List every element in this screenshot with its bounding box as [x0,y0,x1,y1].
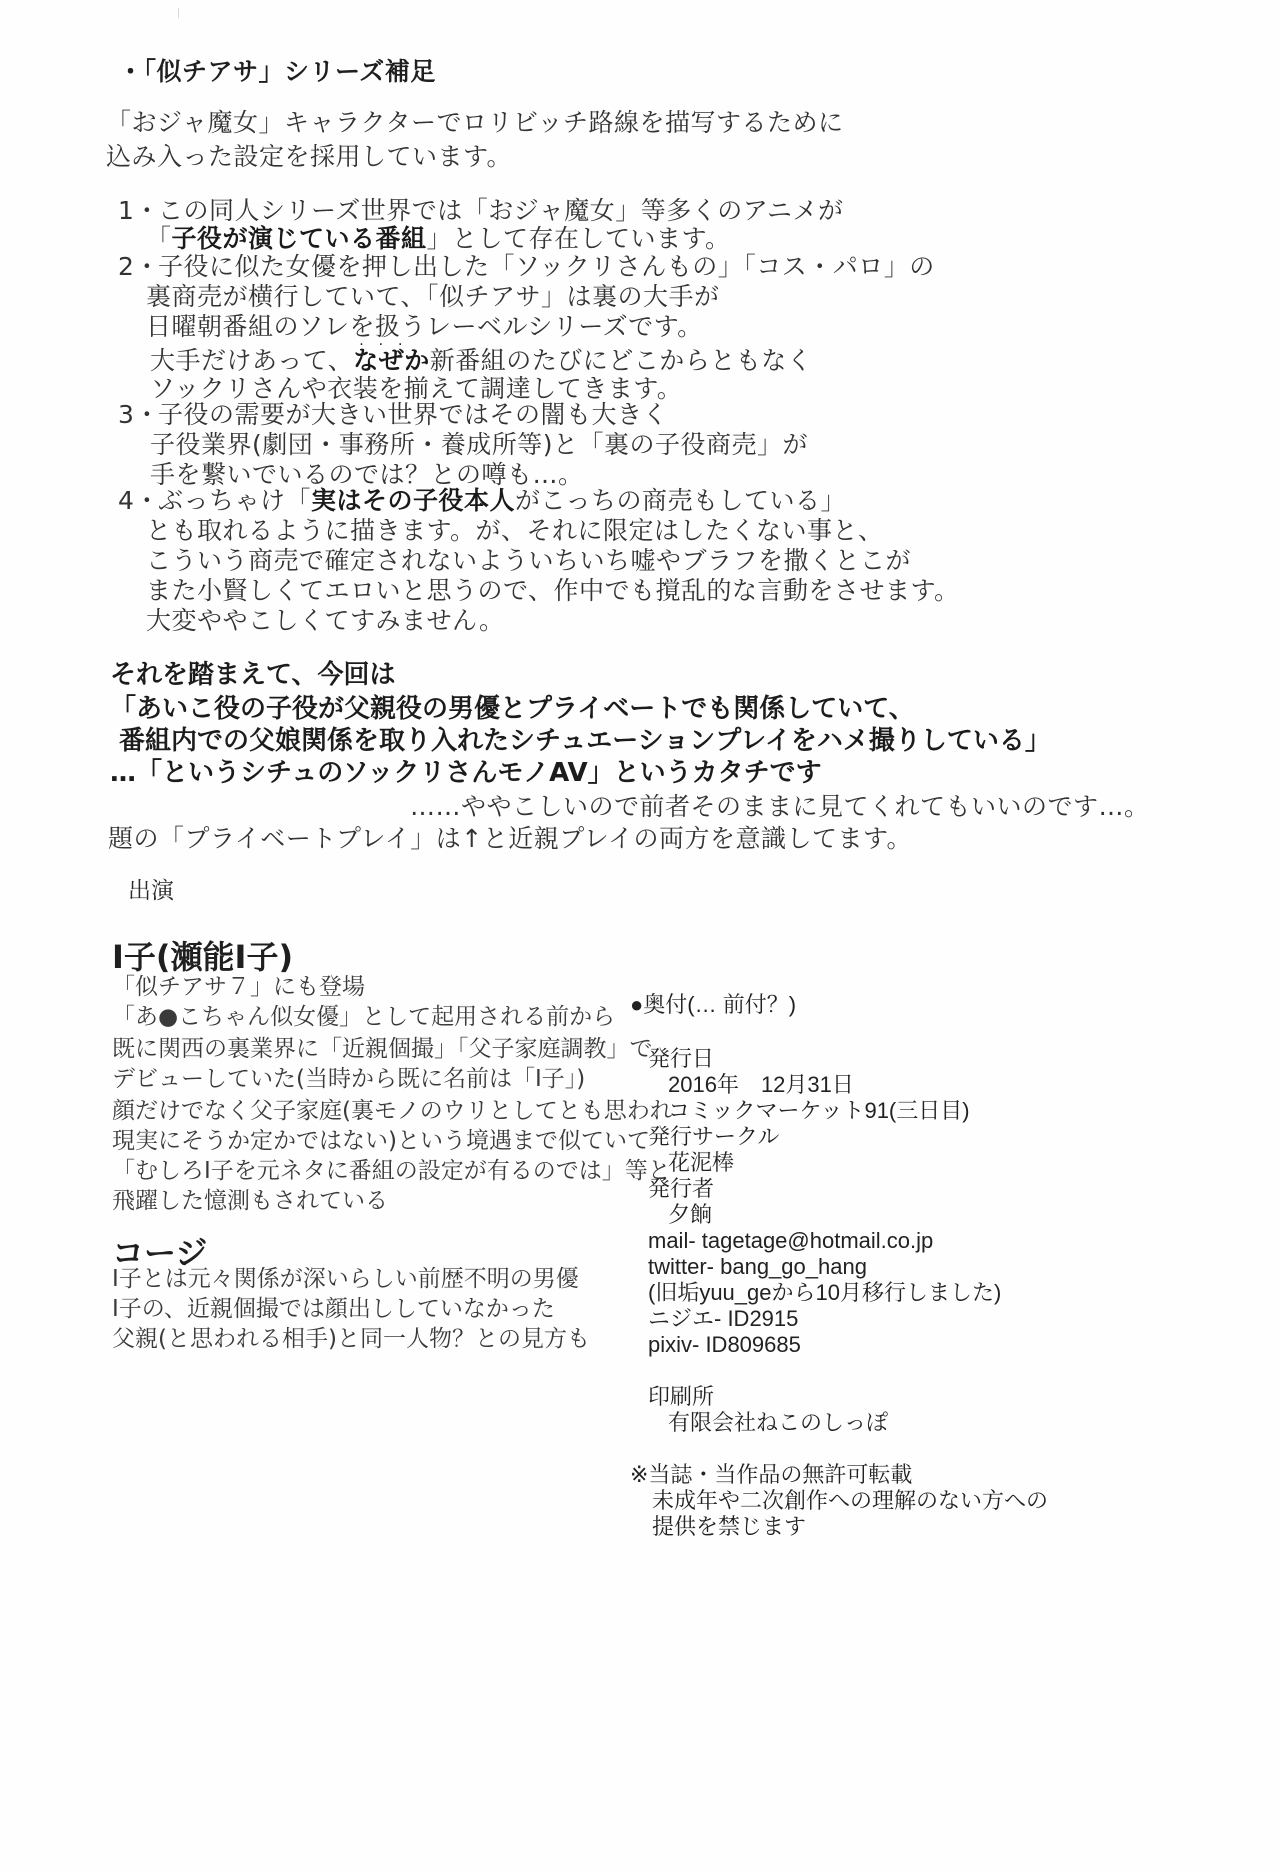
title-note: 題の「プライベートプレイ」は↑と近親プレイの両方を意識してます。 [108,822,912,856]
note-4-line-3: こういう商売で確定されないよういちいち嘘やブラフを撒くとこが [146,544,911,578]
contact-nijie: ニジエ- ID2915 [648,1306,798,1332]
contact-mail: mail- tagetage@hotmail.co.jp [648,1228,933,1254]
contact-twitter: twitter- bang_go_hang [648,1254,867,1280]
summary-bold-line-4: …「というシチュのソックリさんモノAV」というカタチです [110,756,822,790]
bold-phrase: 実はその子役本人 [311,486,515,515]
note-4-line-1: 4・ぶっちゃけ「実はその子役本人がこっちの商売もしている」 [118,484,846,518]
note-4-number: 4・ [118,484,158,518]
summary-aside: ……ややこしいので前者そのままに見てくれてもいいのです…。 [410,790,1150,824]
colophon-title: ●奥付(… 前付？) [630,992,796,1018]
twitter-note: (旧垢yuu_geから10月移行しました) [648,1280,1001,1306]
note-4-line-4: また小賢しくてエロいと思うので、作中でも撹乱的な言動をさせます。 [146,574,960,608]
circle-name: 花泥棒 [668,1150,734,1176]
cast-koji-line-2: I子の、近親個撮では顔出ししていなかった [112,1294,555,1325]
cast-iko-line-1: 「似チアサ７」にも登場 [112,972,365,1003]
cast-koji-line-3: 父親(と思われる相手)と同一人物？との見方も [112,1324,590,1355]
section-title: ・「似チアサ」シリーズ補足 [118,52,436,88]
cast-iko-line-4: デビューしていた(当時から既に名前は「I子」) [112,1064,585,1095]
note-3-number: 3・ [118,398,158,432]
contact-pixiv: pixiv- ID809685 [648,1332,801,1358]
publisher-name: 夕餉 [668,1202,712,1228]
intro-line-2: 込み入った設定を採用しています。 [106,140,512,174]
cast-iko-line-6: 現実にそうか定かではない)という境遇まで似ていて [112,1126,650,1157]
scanned-page: ・「似チアサ」シリーズ補足 「おジャ魔女」キャラクターでロリビッチ路線を描写する… [0,0,1280,1873]
printer-name: 有限会社ねこのしっぽ [668,1410,888,1436]
note-2-line-3: 日曜朝番組のソレを扱うレーベルシリーズです。 [146,310,703,344]
cast-iko-line-2: 「あ●こちゃん似女優」として起用される前から [112,1002,615,1033]
cast-iko-line-3: 既に関西の裏業界に「近親個撮」「父子家庭調教」で [112,1034,653,1065]
intro-line-1: 「おジャ魔女」キャラクターでロリビッチ路線を描写するために [106,106,844,140]
note-3-line-2: 子役業界(劇団・事務所・養成所等)と「裏の子役商売」が [150,428,808,462]
publish-date-label: 発行日 [648,1046,714,1072]
summary-bold-line-1: それを踏まえて、今回は [110,658,395,692]
bold-phrase: 子役が演じている番組 [172,224,427,253]
printer-label: 印刷所 [648,1384,714,1410]
cast-koji-line-1: I子とは元々関係が深いらしい前歴不明の男優 [112,1264,579,1295]
note-2-number: 2・ [118,250,158,284]
cast-iko-line-7: 「むしろI子を元ネタに番組の設定が有るのでは」等と [112,1156,671,1187]
publisher-label: 発行者 [648,1176,714,1202]
note-4-line-5: 大変ややこしくてすみません。 [146,604,505,638]
circle-label: 発行サークル [648,1124,779,1150]
publish-date: 2016年 12月31日 [668,1072,854,1098]
notice-line-1: 未成年や二次創作への理解のない方への [652,1488,1048,1514]
emphasis-dotted-phrase: なぜか [353,346,430,375]
event-name: コミックマーケット91(三日目) [668,1098,970,1124]
notice-line-2: 提供を禁じます [652,1514,806,1540]
note-3-line-1: 3・子役の需要が大きい世界ではその闇も大きく [118,398,668,432]
summary-bold-line-2: 「あいこ役の子役が父親役の男優とプライベートでも関係していて、 [110,692,915,726]
cast-iko-line-5: 顔だけでなく父子家庭(裏モノのウリとしてとも思われ [112,1096,673,1127]
note-2-line-2: 裏商売が横行していて、「似チアサ」は裏の大手が [146,280,720,314]
cast-iko-line-8: 飛躍した憶測もされている [112,1186,388,1217]
summary-bold-line-3: 番組内での父娘関係を取り入れたシチュエーションプレイをハメ撮りしている」 [110,724,1051,758]
scan-artifact [178,8,179,18]
note-2-line-1: 2・子役に似た女優を押し出した「ソックリさんもの」「コス・パロ」の [118,250,935,284]
notice-title: ※当誌・当作品の無許可転載 [630,1462,912,1488]
cast-label: 出演 [128,872,174,905]
note-4-line-2: とも取れるように描きます。が、それに限定はしたくない事と、 [146,514,884,548]
